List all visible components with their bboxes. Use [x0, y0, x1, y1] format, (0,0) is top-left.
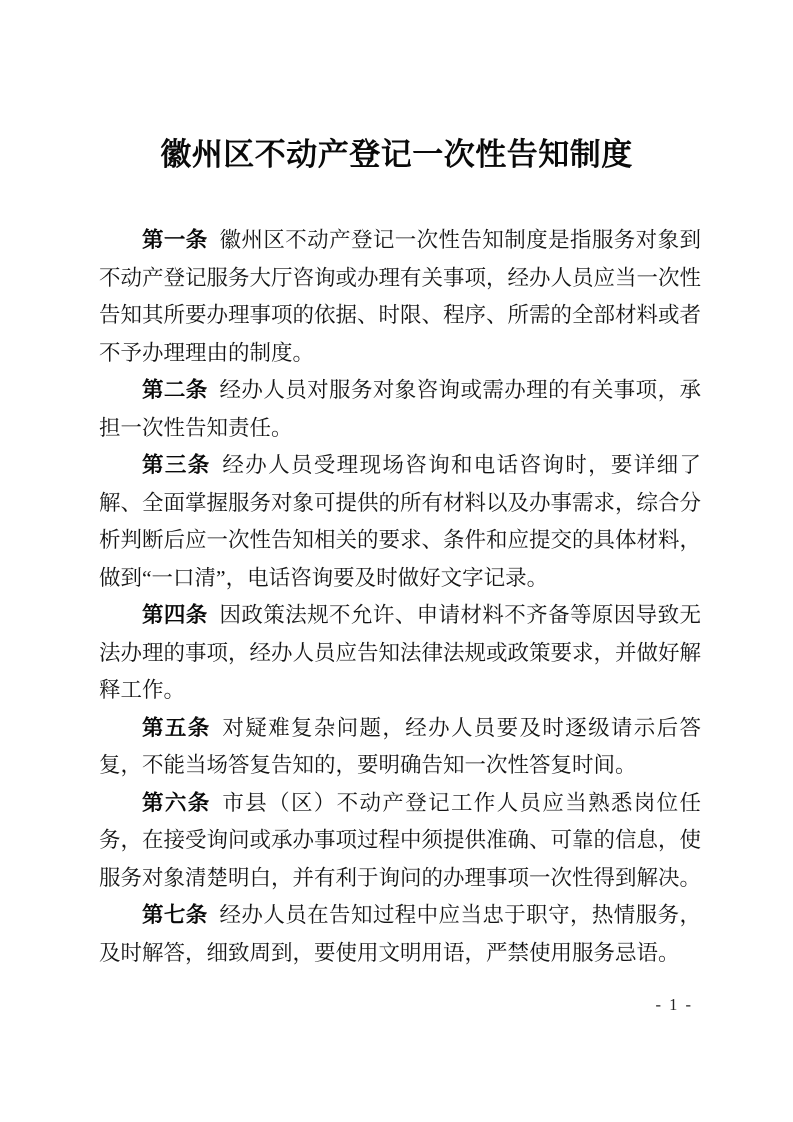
clause-paragraph-3: 第三条经办人员受理现场咨询和电话咨询时，要详细了解、全面掌握服务对象可提供的所有… — [99, 447, 701, 597]
clause-paragraph-4: 第四条因政策法规不允许、申请材料不齐备等原因导致无法办理的事项，经办人员应告知法… — [99, 597, 701, 710]
clause-term-4: 第四条 — [142, 603, 208, 627]
clause-paragraph-2: 第二条经办人员对服务对象咨询或需办理的有关事项，承担一次性告知责任。 — [99, 372, 701, 447]
clause-paragraph-1: 第一条徽州区不动产登记一次性告知制度是指服务对象到不动产登记服务大厅咨询或办理有… — [99, 222, 701, 372]
clause-term-5: 第五条 — [142, 716, 211, 740]
clause-term-2: 第二条 — [142, 378, 208, 402]
clause-paragraph-7: 第七条经办人员在告知过程中应当忠于职守，热情服务，及时解答，细致周到，要使用文明… — [99, 897, 701, 972]
page-number: - 1 - — [656, 995, 694, 1015]
clause-term-7: 第七条 — [142, 903, 208, 927]
document-title: 徽州区不动产登记一次性告知制度 — [0, 0, 793, 174]
clause-term-6: 第六条 — [142, 791, 211, 815]
clause-paragraph-6: 第六条市县（区）不动产登记工作人员应当熟悉岗位任务，在接受询问或承办事项过程中须… — [99, 785, 701, 898]
document-body: 第一条徽州区不动产登记一次性告知制度是指服务对象到不动产登记服务大厅咨询或办理有… — [99, 222, 701, 972]
clause-paragraph-5: 第五条对疑难复杂问题，经办人员要及时逐级请示后答复，不能当场答复告知的，要明确告… — [99, 710, 701, 785]
clause-term-1: 第一条 — [142, 228, 208, 252]
document-page: 徽州区不动产登记一次性告知制度 第一条徽州区不动产登记一次性告知制度是指服务对象… — [0, 0, 793, 1122]
clause-term-3: 第三条 — [142, 453, 211, 477]
